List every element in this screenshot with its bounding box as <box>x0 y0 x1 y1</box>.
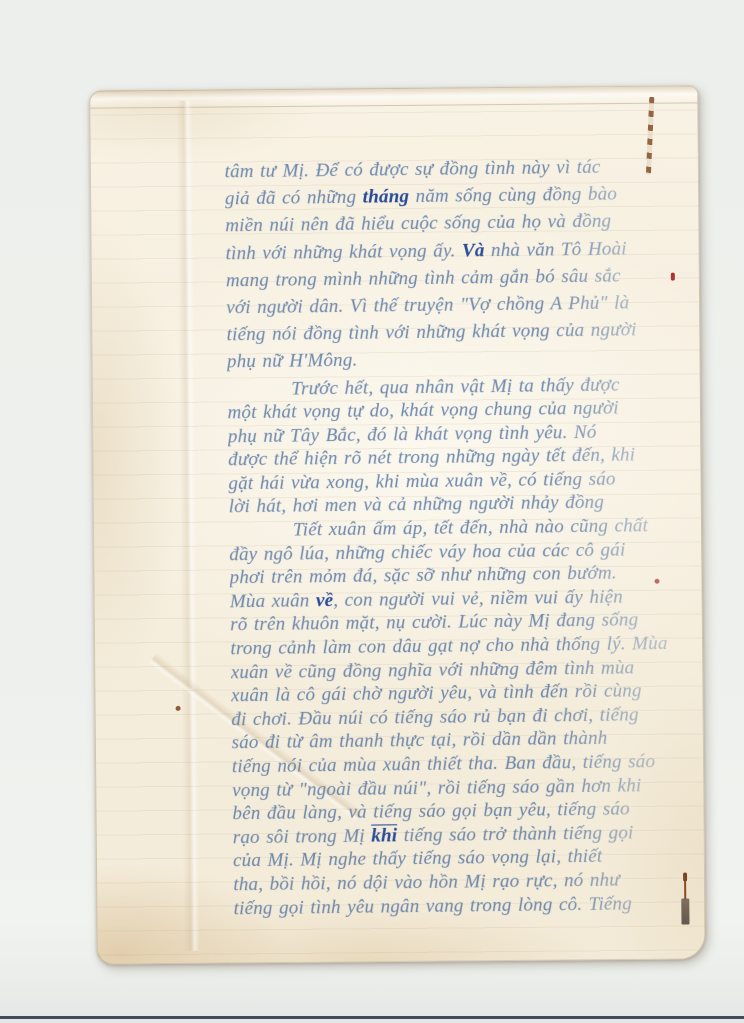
handwritten-text: , con người vui vẻ, niềm vui ấy hiện <box>333 586 623 611</box>
handwritten-word-dark-ink: Và <box>462 240 485 261</box>
handwritten-text: bên đầu làng, và tiếng sáo gọi bạn yêu, … <box>232 799 630 825</box>
handwritten-word-dark-ink: tháng <box>363 186 410 208</box>
handwritten-text: tiếng sáo trở thành tiếng gọi <box>397 822 633 846</box>
handwritten-text: một khát vọng tự do, khát vọng chung của… <box>227 398 619 424</box>
handwritten-text: rạo sôi trong Mị <box>233 825 372 848</box>
scanner-bed: tâm tư Mị. Để có được sự đồng tình này v… <box>0 0 744 1023</box>
handwritten-word-dark-ink: về <box>316 590 334 611</box>
handwritten-text: xuân là cô gái chờ người yêu, và tình đế… <box>231 680 642 706</box>
top-edge-crease <box>90 86 697 108</box>
handwritten-text: xuân về cũng đồng nghĩa với những đêm tì… <box>231 657 635 683</box>
handwritten-text: của Mị. Mị nghe thấy tiếng sáo vọng lại,… <box>233 846 603 872</box>
handwritten-text: đầy ngô lúa, những chiếc váy hoa của các… <box>229 539 625 565</box>
ink-speck <box>176 706 181 711</box>
handwriting: tâm tư Mị. Để có được sự đồng tình này v… <box>224 156 705 922</box>
handwritten-text: Trước hết, qua nhân vật Mị ta thấy được <box>291 374 620 399</box>
document-page: tâm tư Mị. Để có được sự đồng tình này v… <box>89 85 706 964</box>
handwritten-text: mang trong mình những tình cảm gắn bó sâ… <box>226 265 621 291</box>
handwritten-text: nhà văn Tô Hoài <box>484 238 626 261</box>
handwritten-text: trong cảnh làm con dâu gạt nợ cho nhà th… <box>230 633 667 659</box>
handwritten-text: được thể hiện rõ nét trong những ngày tế… <box>228 445 635 471</box>
handwritten-text: Mùa xuân <box>230 590 316 612</box>
handwritten-text: giả đã có những <box>225 187 363 210</box>
handwritten-word-dark-ink: khi <box>371 825 397 846</box>
scan-background: { "page": { "kind": "scanned handwritten… <box>0 0 744 1023</box>
scanner-edge-line <box>0 1016 744 1019</box>
handwritten-text: tha, bồi hồi, nó dội vào hồn Mị rạo rực,… <box>233 870 620 896</box>
handwritten-text: tiếng nói đồng tình với những khát vọng … <box>226 319 636 345</box>
handwritten-text: lời hát, hơi men và cả những người nhảy … <box>229 492 605 518</box>
handwritten-text: sáo đi từ âm thanh thực tại, rồi dần dần… <box>231 728 607 754</box>
handwritten-text: Tiết xuân ấm áp, tết đến, nhà nào cũng c… <box>293 515 648 540</box>
handwritten-text: phụ nữ H'Mông. <box>227 350 358 373</box>
handwritten-text: vọng từ "ngoài đầu núi", rồi tiếng sáo g… <box>232 775 641 801</box>
handwritten-text: phụ nữ Tây Bắc, đó là khát vọng tình yêu… <box>228 421 597 447</box>
handwritten-text: năm sống cùng đồng bào <box>409 184 617 208</box>
handwritten-text: với người dân. Vì thế truyện "Vợ chồng A… <box>226 292 629 318</box>
handwritten-text: tâm tư Mị. Để có được sự đồng tình này v… <box>224 157 600 183</box>
handwritten-text: rõ trên khuôn mặt, nụ cười. Lúc này Mị đ… <box>230 610 638 636</box>
handwritten-text: miền núi nên đã hiểu cuộc sống của họ và… <box>225 211 611 237</box>
vertical-crease <box>176 101 199 951</box>
handwritten-text: đi chơi. Đầu núi có tiếng sáo rủ bạn đi … <box>231 704 639 730</box>
bottom-crease <box>428 958 706 964</box>
handwritten-text: gặt hái vừa xong, khi mùa xuân về, có ti… <box>228 468 615 494</box>
handwritten-text: tiếng gọi tình yêu ngân vang trong lòng … <box>233 893 632 919</box>
handwritten-text: phơi trên mỏm đá, sặc sỡ như những con b… <box>229 563 616 589</box>
handwritten-text: tình với những khát vọng ấy. <box>225 240 462 264</box>
handwritten-text: tiếng nói của mùa xuân thiết tha. Ban đầ… <box>232 751 656 777</box>
handwritten-line: tiếng gọi tình yêu ngân vang trong lòng … <box>233 892 705 921</box>
